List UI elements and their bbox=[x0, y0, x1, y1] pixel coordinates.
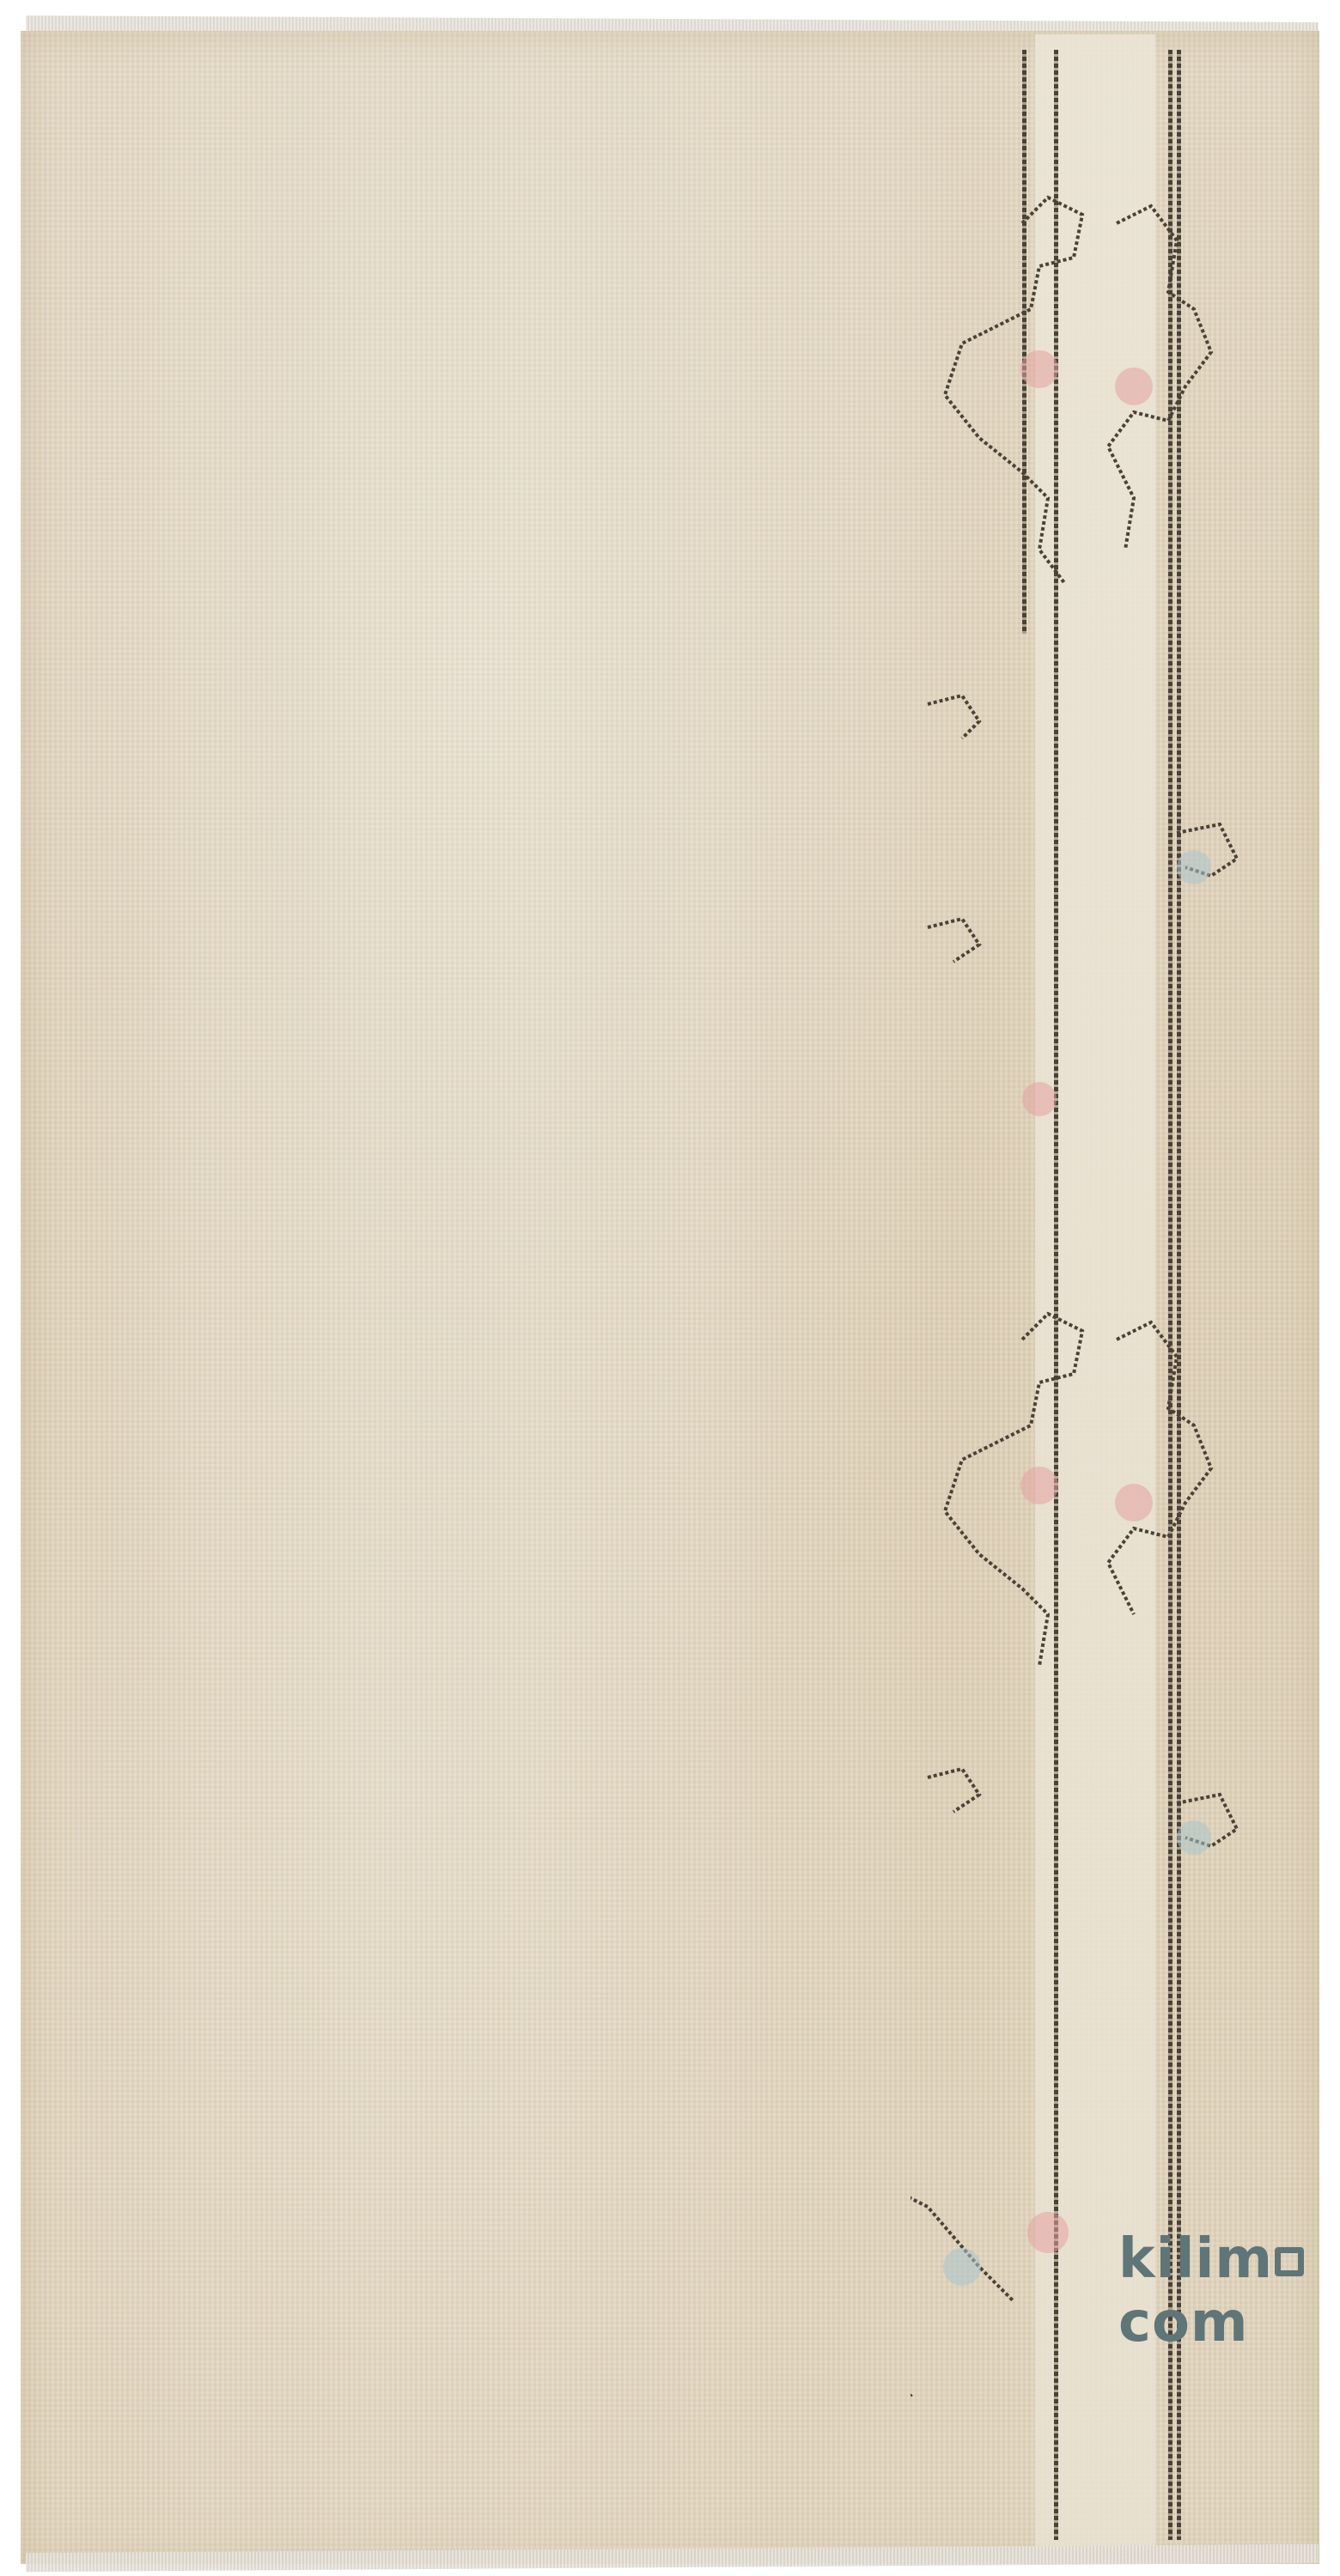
floral-vine-motif bbox=[911, 189, 1271, 2507]
watermark-dot-icon bbox=[1275, 2247, 1304, 2276]
watermark-text-right: com bbox=[1118, 2291, 1249, 2354]
brand-watermark: kilimcom bbox=[1118, 2227, 1340, 2354]
watermark-text-left: kilim bbox=[1118, 2227, 1273, 2291]
